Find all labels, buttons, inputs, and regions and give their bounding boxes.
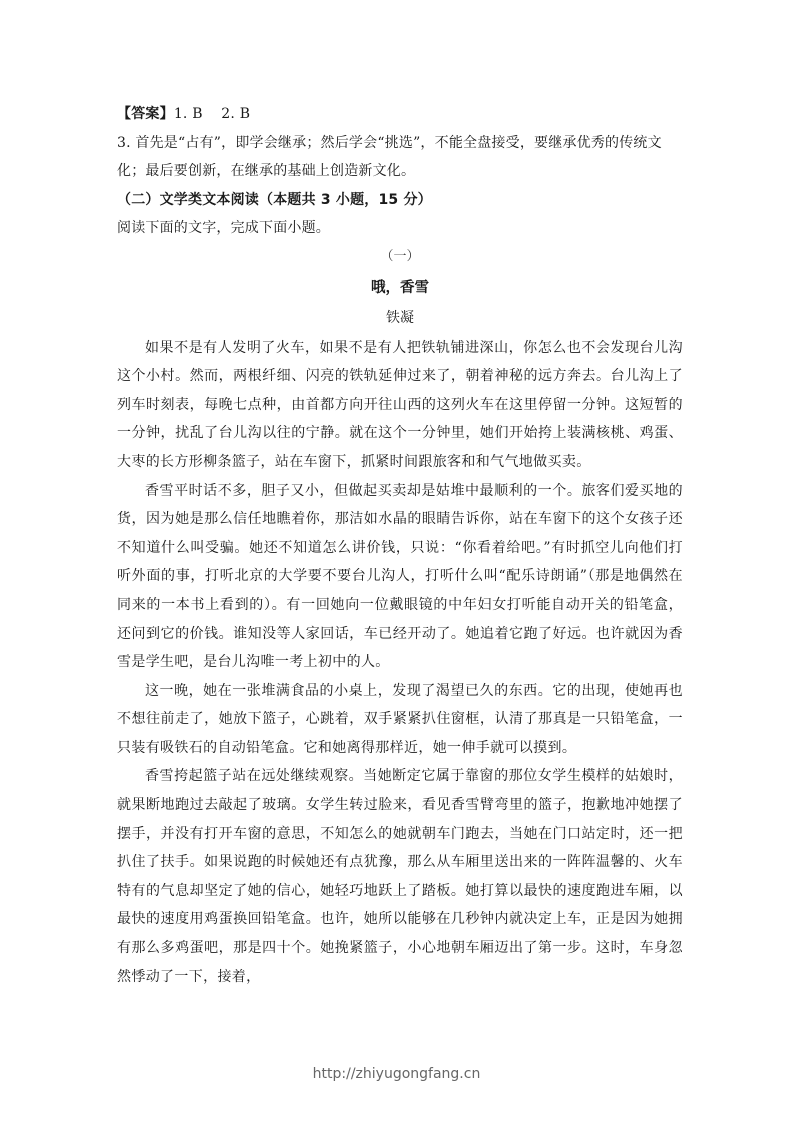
answer-q3-line1: 3. 首先是“占有”，即学会继承；然后学会“挑选”，不能全盘接受，要继承优秀的传… (117, 129, 683, 158)
answer-choices: 1. B 2. B (174, 106, 250, 122)
article-paragraph: 香雪挎起篮子站在远处继续观察。当她断定它属于靠窗的那位女学生模样的姑娘时，就果断… (117, 762, 683, 991)
document-page: 【答案】1. B 2. B 3. 首先是“占有”，即学会继承；然后学会“挑选”，… (117, 100, 683, 991)
section-heading: （二）文学类文本阅读（本题共 3 小题，15 分） (117, 186, 683, 215)
answer-q3-line2: 化；最后要创新，在继承的基础上创造新文化。 (117, 157, 683, 186)
section-instruction: 阅读下面的文字，完成下面小题。 (117, 214, 683, 243)
article-author: 铁凝 (117, 304, 683, 332)
answer-label: 【答案】 (117, 106, 174, 122)
article-paragraph: 香雪平时话不多，胆子又小，但做起买卖却是姑堆中最顺利的一个。旅客们爱买地的货，因… (117, 477, 683, 677)
footer-url: http://zhiyugongfang.cn (0, 1066, 793, 1082)
article-paragraph: 这一晚，她在一张堆满食品的小桌上，发现了渴望已久的东西。它的出现，使她再也不想往… (117, 677, 683, 763)
article-part-mark: （一） (117, 243, 683, 272)
article-title: 哦，香雪 (117, 272, 683, 304)
article-paragraph: 如果不是有人发明了火车，如果不是有人把铁轨铺进深山，你怎么也不会发现台儿沟这个小… (117, 334, 683, 477)
answer-line: 【答案】1. B 2. B (117, 100, 683, 129)
